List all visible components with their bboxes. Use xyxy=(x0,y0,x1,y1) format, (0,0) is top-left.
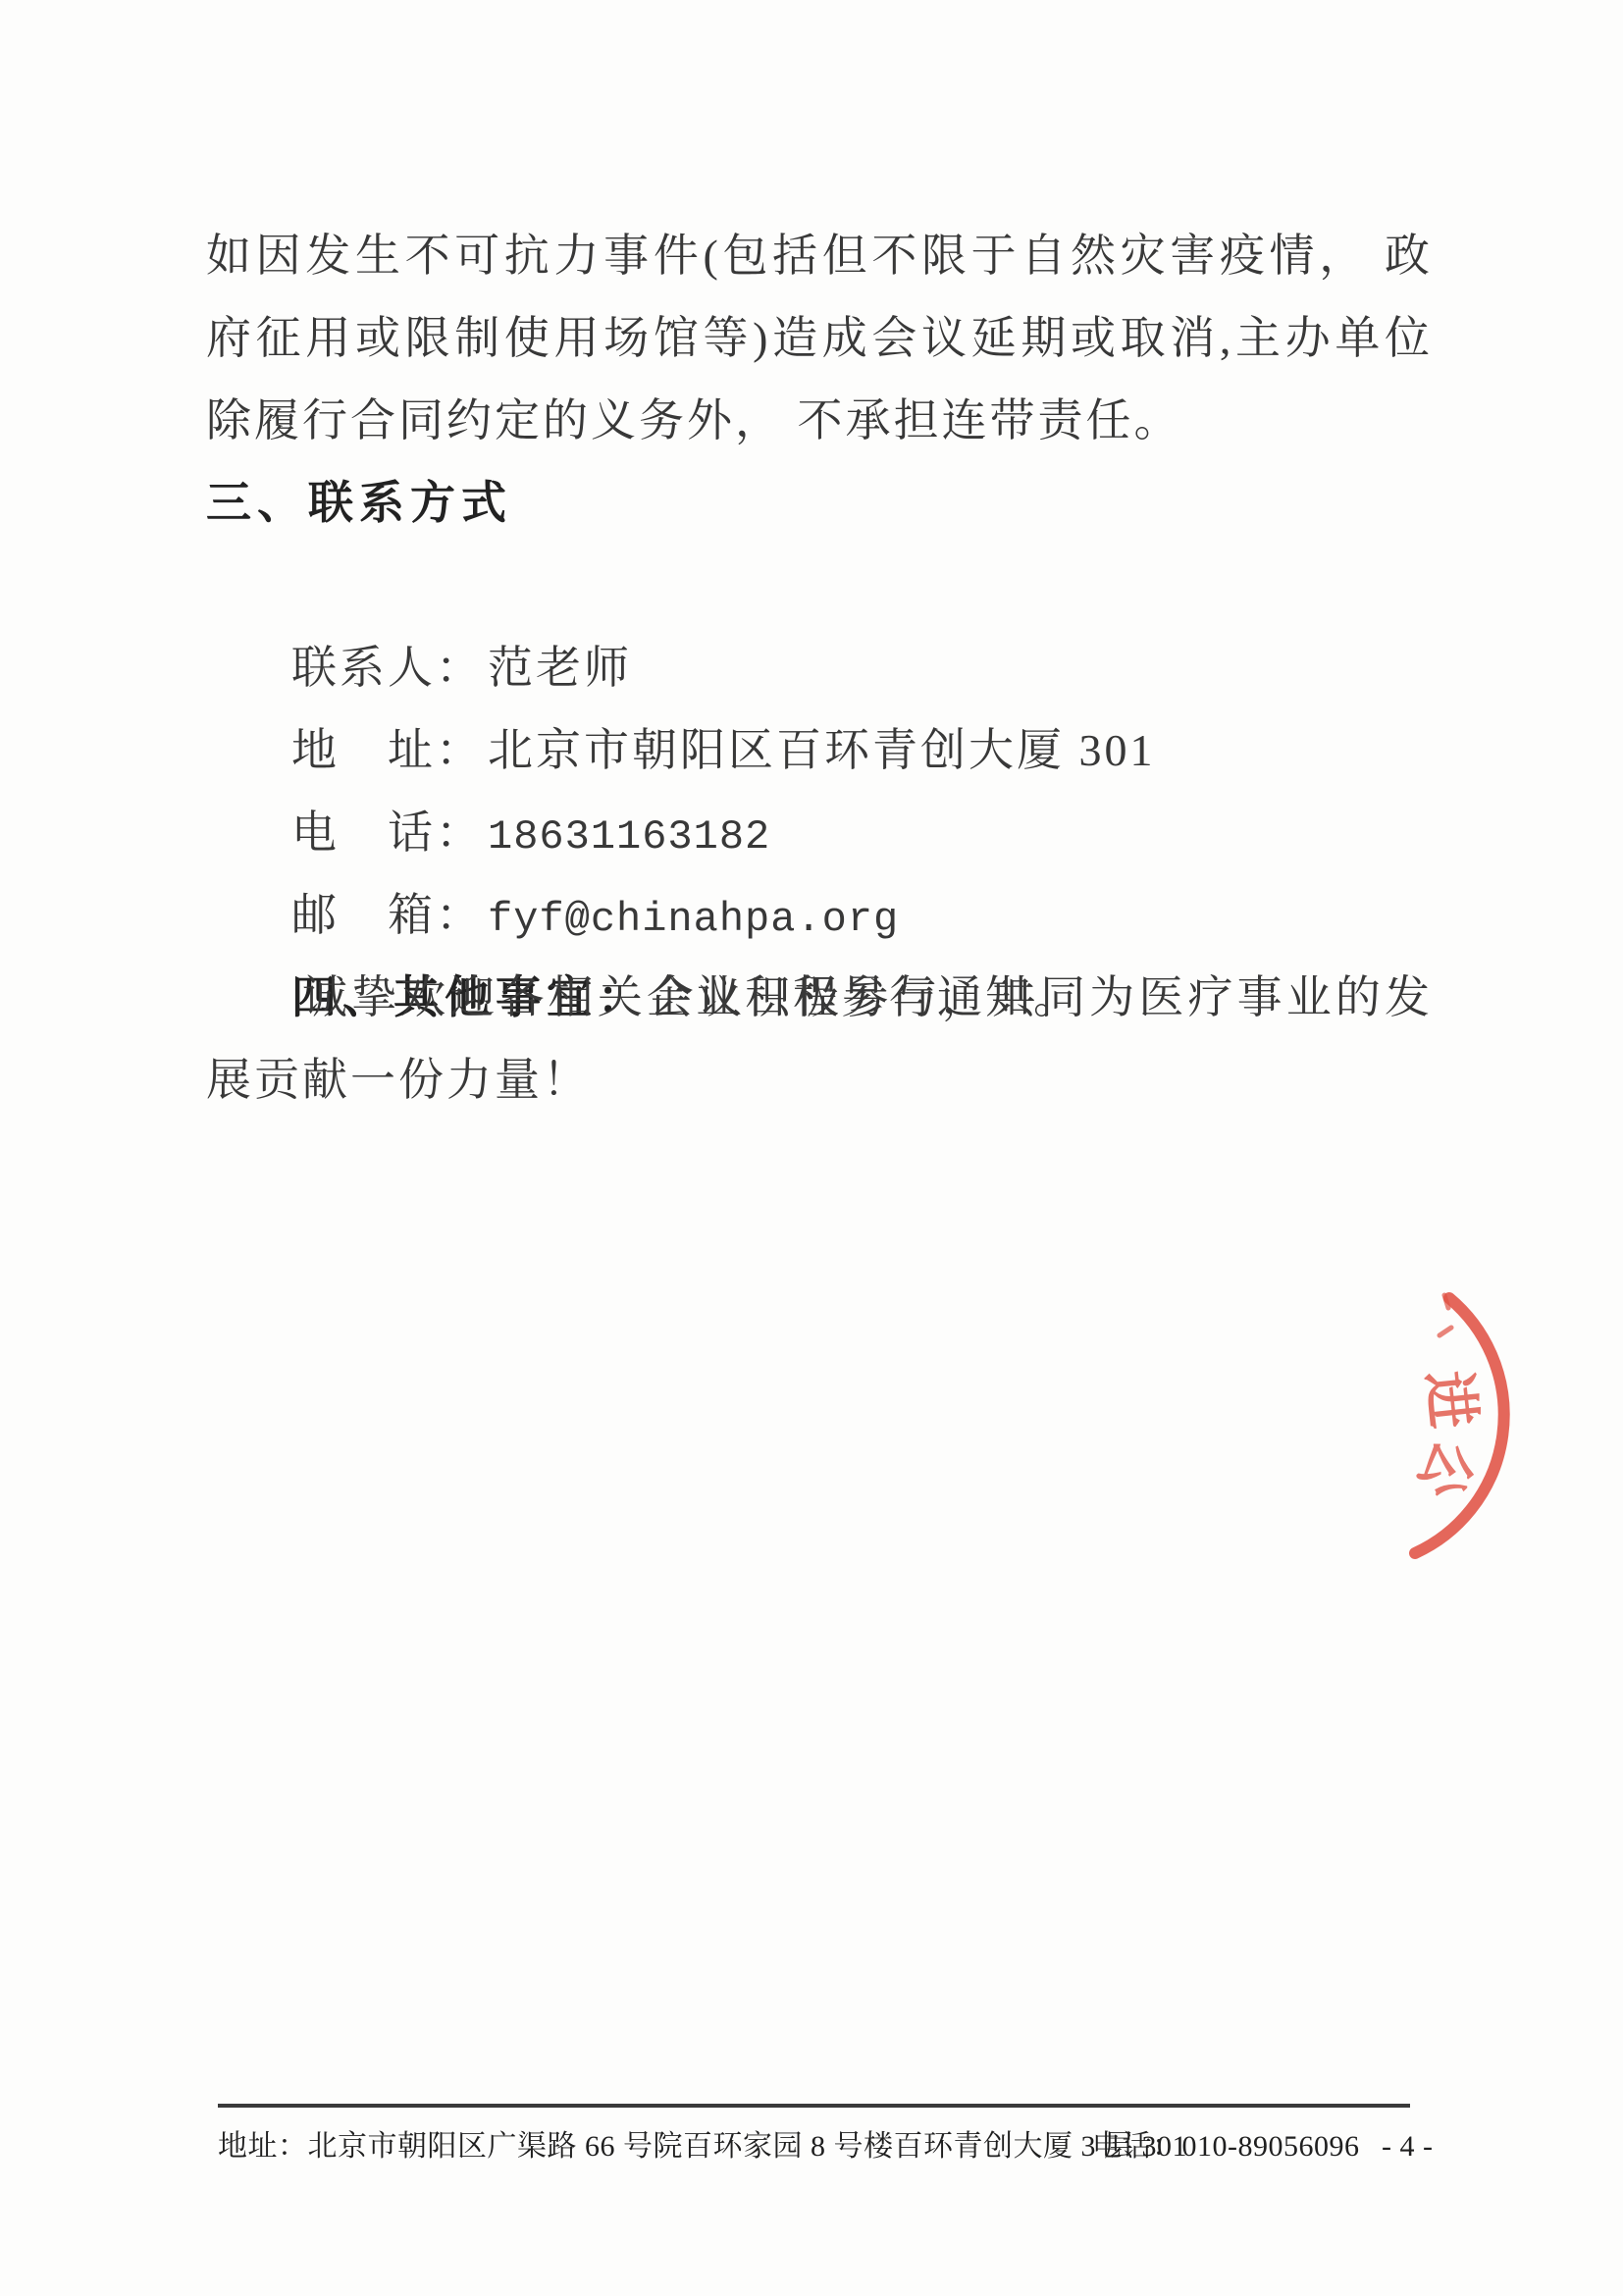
red-seal-stamp: 进 公 xyxy=(1330,1212,1555,1585)
contact-label-address: 地 址： xyxy=(291,709,488,792)
stamp-character-top: 进 xyxy=(1416,1368,1486,1431)
contact-label-email: 邮 箱： xyxy=(291,874,488,957)
contact-value-phone: 18631163182 xyxy=(488,813,770,861)
contact-value-email: fyf@chinahpa.org xyxy=(488,896,899,943)
section-heading-contact: 三、联系方式 xyxy=(206,462,1433,545)
paragraph-line-2: 府征用或限制使用场馆等)造成会议延期或取消,主办单位 xyxy=(206,297,1433,380)
footer-page-number: - 4 - xyxy=(1382,2125,1433,2168)
footer-address: 地址：北京市朝阳区广渠路 66 号院百环家园 8 号楼百环青创大厦 3 层 30… xyxy=(218,2125,1187,2168)
document-page: 如因发生不可抗力事件(包括但不限于自然灾害疫情， 政 府征用或限制使用场馆等)造… xyxy=(0,0,1623,2296)
contact-value-address: 北京市朝阳区百环青创大厦 301 xyxy=(488,725,1156,775)
footer-divider xyxy=(218,2104,1410,2108)
closing-line-1: 诚挚欢迎各相关企业积极参与，共同为医疗事业的发 xyxy=(206,957,1433,1039)
closing-line-2: 展贡献一份力量！ xyxy=(206,1039,1433,1122)
stamp-ink-fleck-2 xyxy=(1440,1328,1451,1335)
paragraph-line-3: 除履行合同约定的义务外， 不承担连带责任。 xyxy=(206,380,1433,462)
paragraph-line-1: 如因发生不可抗力事件(包括但不限于自然灾害疫情， 政 xyxy=(206,215,1433,297)
contact-label-person: 联系人： xyxy=(291,627,488,709)
letter-body: 如因发生不可抗力事件(包括但不限于自然灾害疫情， 政 府征用或限制使用场馆等)造… xyxy=(206,215,1433,1122)
footer-phone: 电话：010-89056096 xyxy=(1092,2125,1360,2168)
contact-row-person: 联系人：范老师 xyxy=(206,545,1433,627)
contact-value-person: 范老师 xyxy=(488,643,632,693)
stamp-character-bottom: 公 xyxy=(1405,1431,1485,1508)
contact-label-phone: 电 话： xyxy=(291,792,488,874)
